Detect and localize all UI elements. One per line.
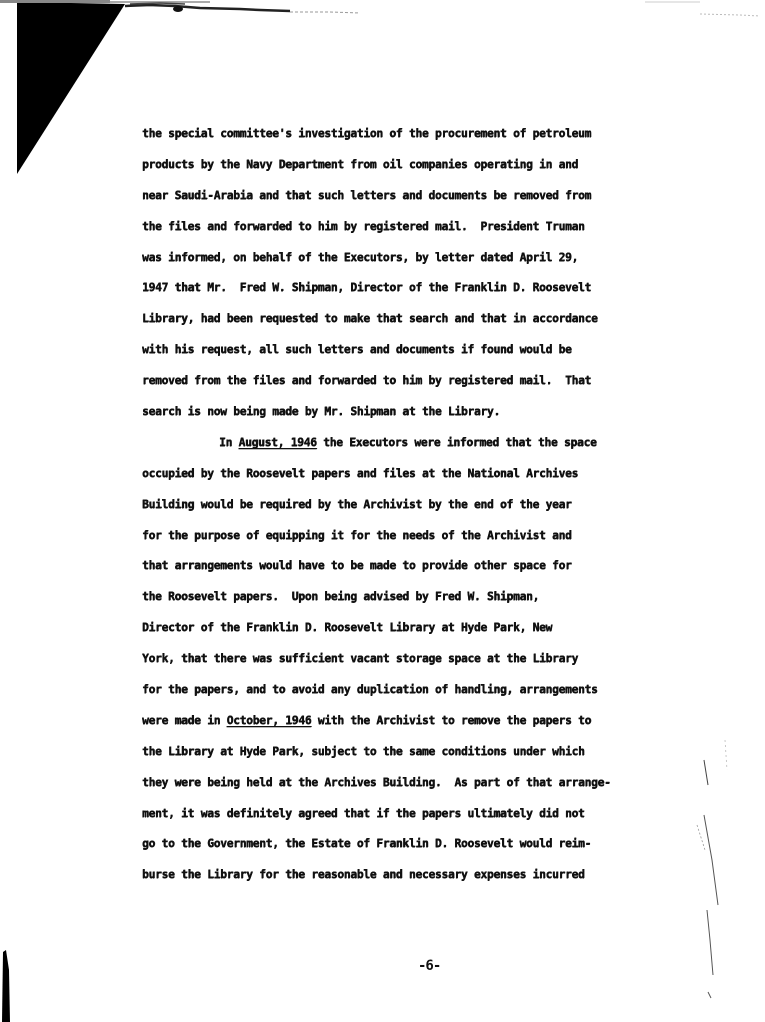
text-line: was informed, on behalf of the Executors…: [142, 246, 702, 277]
text-line: with his request, all such letters and d…: [142, 338, 702, 369]
text-line: 1947 that Mr. Fred W. Shipman, Director …: [142, 276, 702, 307]
text-fragment: were made in: [142, 713, 227, 727]
text-line: that arrangements would have to be made …: [142, 554, 702, 585]
document-page: the special committee's investigation of…: [0, 0, 765, 1022]
text-line: the special committee's investigation of…: [142, 122, 702, 153]
text-line: they were being held at the Archives Bui…: [142, 771, 702, 802]
text-line: the Roosevelt papers. Upon being advised…: [142, 585, 702, 616]
underlined-date: October, 1946: [227, 713, 312, 727]
page-number: -6-: [418, 958, 440, 974]
text-line: York, that there was sufficient vacant s…: [142, 647, 702, 678]
text-line: near Saudi-Arabia and that such letters …: [142, 184, 702, 215]
scan-streak-top: [0, 0, 765, 20]
text-line: occupied by the Roosevelt papers and fil…: [142, 462, 702, 493]
text-line: products by the Navy Department from oil…: [142, 153, 702, 184]
text-line: Building would be required by the Archiv…: [142, 493, 702, 524]
text-fragment: In: [219, 435, 239, 449]
text-line: go to the Government, the Estate of Fran…: [142, 832, 702, 863]
text-line: search is now being made by Mr. Shipman …: [142, 400, 702, 431]
text-line: for the purpose of equipping it for the …: [142, 524, 702, 555]
text-fragment: the Executors were informed that the spa…: [317, 435, 597, 449]
text-line: Director of the Franklin D. Roosevelt Li…: [142, 616, 702, 647]
text-line: burse the Library for the reasonable and…: [142, 863, 702, 894]
paragraph-underlined-line: were made in October, 1946 with the Arch…: [142, 709, 702, 740]
paragraph-first-line: In August, 1946 the Executors were infor…: [142, 431, 702, 462]
text-fragment: with the Archivist to remove the papers …: [311, 713, 591, 727]
text-line: the files and forwarded to him by regist…: [142, 215, 702, 246]
text-line: ment, it was definitely agreed that if t…: [142, 802, 702, 833]
scan-edge-left: [0, 940, 20, 1022]
text-line: for the papers, and to avoid any duplica…: [142, 678, 702, 709]
text-line: Library, had been requested to make that…: [142, 307, 702, 338]
underlined-date: August, 1946: [239, 435, 317, 449]
document-body: the special committee's investigation of…: [142, 122, 702, 894]
text-line: removed from the files and forwarded to …: [142, 369, 702, 400]
text-line: the Library at Hyde Park, subject to the…: [142, 740, 702, 771]
